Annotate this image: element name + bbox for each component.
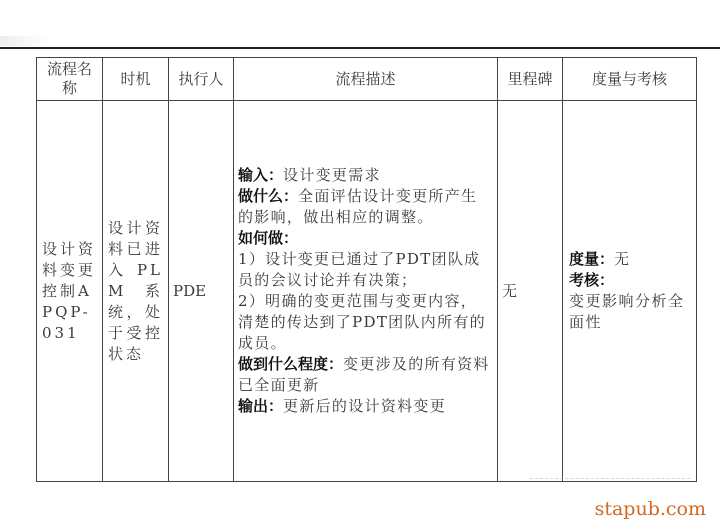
assessment-label: 考核： (569, 270, 690, 291)
output-label: 输出： (238, 397, 283, 415)
cell-description: 输入：设计变更需求 做什么：全面评估设计变更所产生的影响，做出相应的调整。 如何… (234, 101, 498, 482)
page-top-rule (0, 47, 720, 49)
header-milestone: 里程碑 (498, 58, 563, 101)
header-timing: 时机 (103, 58, 169, 101)
header-metrics: 度量与考核 (563, 58, 697, 101)
desc-what: 做什么：全面评估设计变更所产生的影响，做出相应的调整。 (238, 186, 493, 228)
cell-metrics: 度量：无 考核： 变更影响分析全面性 (563, 101, 697, 482)
process-table: 流程名 称 时机 执行人 流程描述 里程碑 度量与考核 设计资料变更控制APQP… (36, 57, 697, 482)
table-header-row: 流程名 称 时机 执行人 流程描述 里程碑 度量与考核 (37, 58, 697, 101)
desc-extent: 做到什么程度：变更涉及的所有资料已全面更新 (238, 354, 493, 396)
header-process-name: 流程名 称 (37, 58, 103, 101)
metric-measure: 度量：无 (569, 249, 690, 270)
measure-label: 度量： (569, 250, 614, 268)
process-name-text: 设计资料变更控制APQP-031 (37, 239, 102, 344)
header-process-name-line1: 流程名 (47, 60, 92, 78)
header-process-name-line2: 称 (62, 79, 77, 97)
cell-timing: 设计资料已进入PLM系统，处于受控状态 (103, 101, 169, 482)
how-label: 如何做： (238, 228, 493, 249)
cell-milestone: 无 (498, 101, 563, 482)
desc-output: 输出：更新后的设计资料变更 (238, 396, 493, 417)
header-description: 流程描述 (234, 58, 498, 101)
assessment-value: 变更影响分析全面性 (569, 291, 690, 333)
header-executor: 执行人 (169, 58, 234, 101)
input-value: 设计变更需求 (283, 166, 381, 184)
input-label: 输入： (238, 166, 283, 184)
measure-value: 无 (614, 250, 631, 268)
extent-label: 做到什么程度： (238, 355, 343, 373)
how-step-2: 2）明确的变更范围与变更内容，清楚的传达到了PDT团队内所有的成员。 (238, 291, 493, 354)
how-step-1: 1）设计变更已通过了PDT团队成员的会议讨论并有决策； (238, 249, 493, 291)
watermark-faint-text (530, 478, 690, 485)
description-block: 输入：设计变更需求 做什么：全面评估设计变更所产生的影响，做出相应的调整。 如何… (234, 165, 497, 417)
timing-text: 设计资料已进入PLM系统，处于受控状态 (103, 218, 168, 365)
scan-smudge (0, 36, 50, 46)
output-value: 更新后的设计资料变更 (283, 397, 446, 415)
watermark: stapub.com (595, 498, 706, 520)
what-label: 做什么： (238, 187, 298, 205)
cell-executor: PDE (169, 101, 234, 482)
cell-process-name: 设计资料变更控制APQP-031 (37, 101, 103, 482)
executor-text: PDE (169, 281, 233, 302)
metrics-block: 度量：无 考核： 变更影响分析全面性 (563, 249, 696, 333)
desc-input: 输入：设计变更需求 (238, 165, 493, 186)
milestone-text: 无 (498, 281, 562, 302)
table-row: 设计资料变更控制APQP-031 设计资料已进入PLM系统，处于受控状态 PDE… (37, 101, 697, 482)
